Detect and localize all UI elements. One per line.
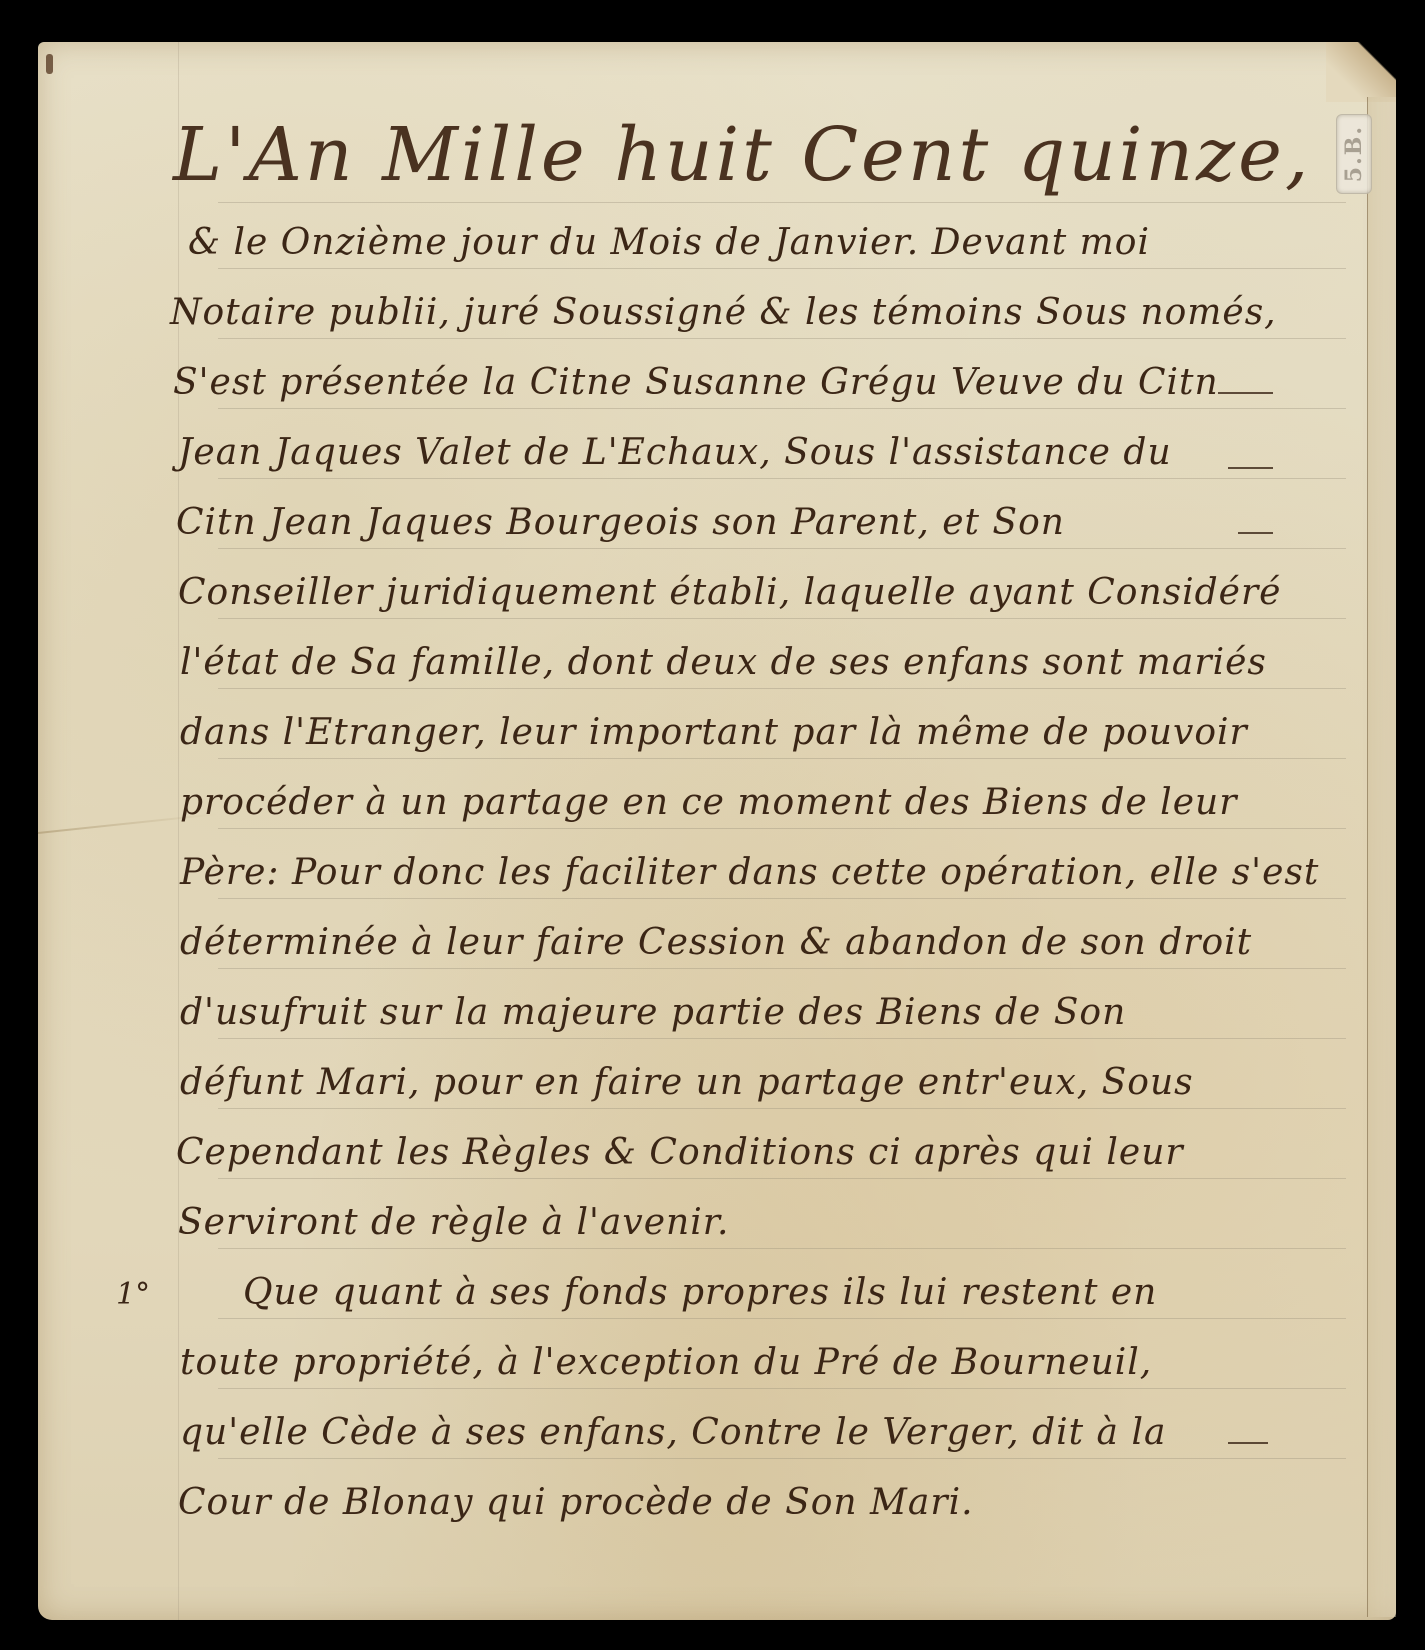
text-line: d'usufruit sur la majeure partie des Bie… bbox=[180, 992, 1126, 1033]
text-line: Jean Jaques Valet de L'Echaux, Sous l'as… bbox=[178, 432, 1172, 473]
line-fill-dash bbox=[1238, 532, 1273, 534]
text-line: défunt Mari, pour en faire un partage en… bbox=[180, 1062, 1194, 1103]
manuscript-text: L'An Mille huit Cent quinze, & le Onzièm… bbox=[38, 42, 1396, 1620]
text-line: Que quant à ses fonds propres ils lui re… bbox=[243, 1272, 1157, 1313]
text-line: déterminée à leur faire Cession & abando… bbox=[180, 922, 1252, 963]
paragraph-number: 1° bbox=[116, 1277, 150, 1312]
text-line: S'est présentée la Citne Susanne Grégu V… bbox=[173, 362, 1219, 403]
text-line: procéder à un partage en ce moment des B… bbox=[180, 782, 1237, 823]
text-line: Conseiller juridiquement établi, laquell… bbox=[178, 572, 1281, 613]
text-line: Cour de Blonay qui procède de Son Mari. bbox=[178, 1482, 974, 1523]
text-line: Citn Jean Jaques Bourgeois son Parent, e… bbox=[176, 502, 1065, 543]
text-line: toute propriété, à l'exception du Pré de… bbox=[180, 1342, 1152, 1383]
document-title: L'An Mille huit Cent quinze, bbox=[173, 112, 1311, 198]
line-fill-dash bbox=[1228, 467, 1273, 469]
text-line: Père: Pour donc les faciliter dans cette… bbox=[180, 852, 1319, 893]
manuscript-page: 5.B. L'An Mille huit Cent quinze, & le O… bbox=[38, 42, 1396, 1620]
text-line: & le Onzième jour du Mois de Janvier. De… bbox=[188, 222, 1150, 263]
text-line: Notaire publii, juré Soussigné & les tém… bbox=[170, 292, 1277, 333]
line-fill-dash bbox=[1218, 392, 1273, 394]
text-line: dans l'Etranger, leur important par là m… bbox=[180, 712, 1248, 753]
text-line: Serviront de règle à l'avenir. bbox=[178, 1202, 729, 1243]
line-fill-dash bbox=[1228, 1442, 1268, 1444]
text-line: Cependant les Règles & Conditions ci apr… bbox=[176, 1132, 1184, 1173]
text-line: qu'elle Cède à ses enfans, Contre le Ver… bbox=[180, 1412, 1166, 1453]
text-line: l'état de Sa famille, dont deux de ses e… bbox=[180, 642, 1267, 683]
